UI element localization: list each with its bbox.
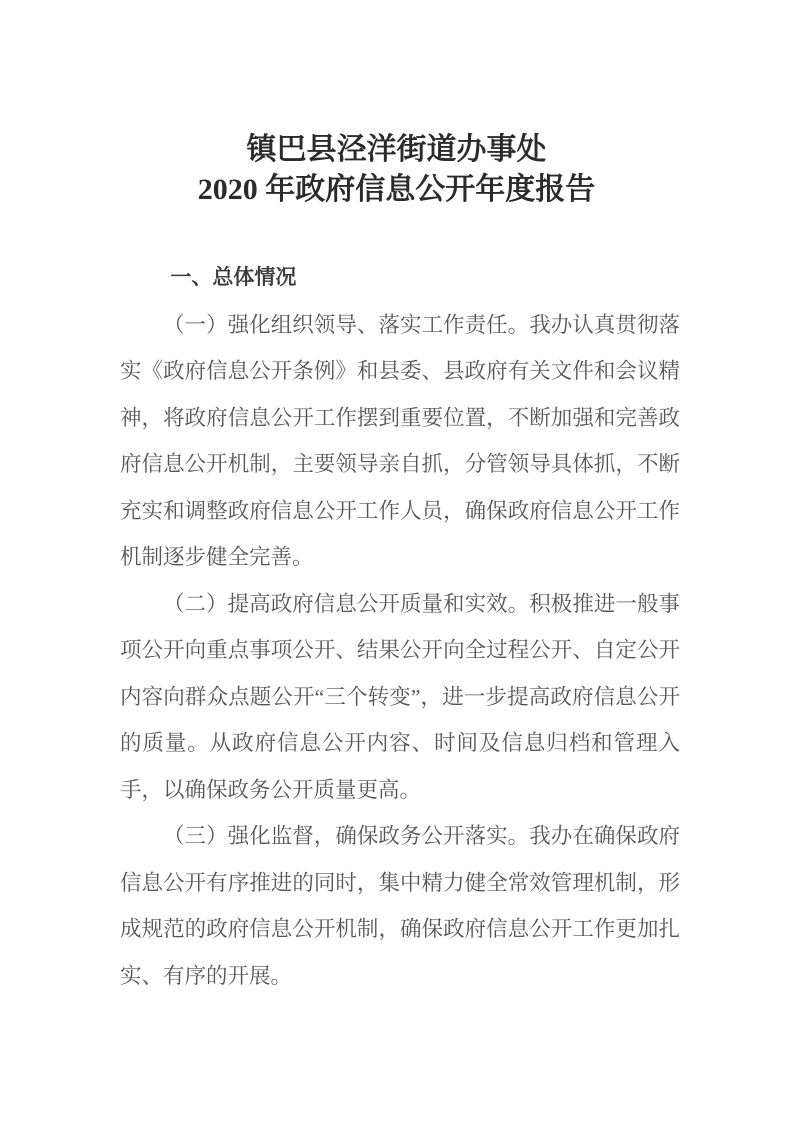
paragraph-1-organization-leadership: （一）强化组织领导、落实工作责任。我办认真贯彻落实《政府信息公开条例》和县委、县… bbox=[120, 302, 680, 581]
paragraph-3-supervision: （三）强化监督，确保政务公开落实。我办在确保政府信息公开有序推进的同时，集中精力… bbox=[120, 813, 680, 999]
report-title-line-2: 2020 年政府信息公开年度报告 bbox=[0, 170, 793, 210]
paragraph-2-quality-effectiveness: （二）提高政府信息公开质量和实效。积极推进一般事项公开向重点事项公开、结果公开向… bbox=[120, 581, 680, 814]
report-title-line-1: 镇巴县泾洋街道办事处 bbox=[0, 130, 793, 170]
document-page: 镇巴县泾洋街道办事处 2020 年政府信息公开年度报告 一、总体情况 （一）强化… bbox=[0, 0, 793, 1122]
report-body: 一、总体情况 （一）强化组织领导、落实工作责任。我办认真贯彻落实《政府信息公开条… bbox=[120, 255, 680, 999]
section-heading-overall-situation: 一、总体情况 bbox=[120, 255, 680, 302]
report-title: 镇巴县泾洋街道办事处 2020 年政府信息公开年度报告 bbox=[0, 0, 793, 210]
